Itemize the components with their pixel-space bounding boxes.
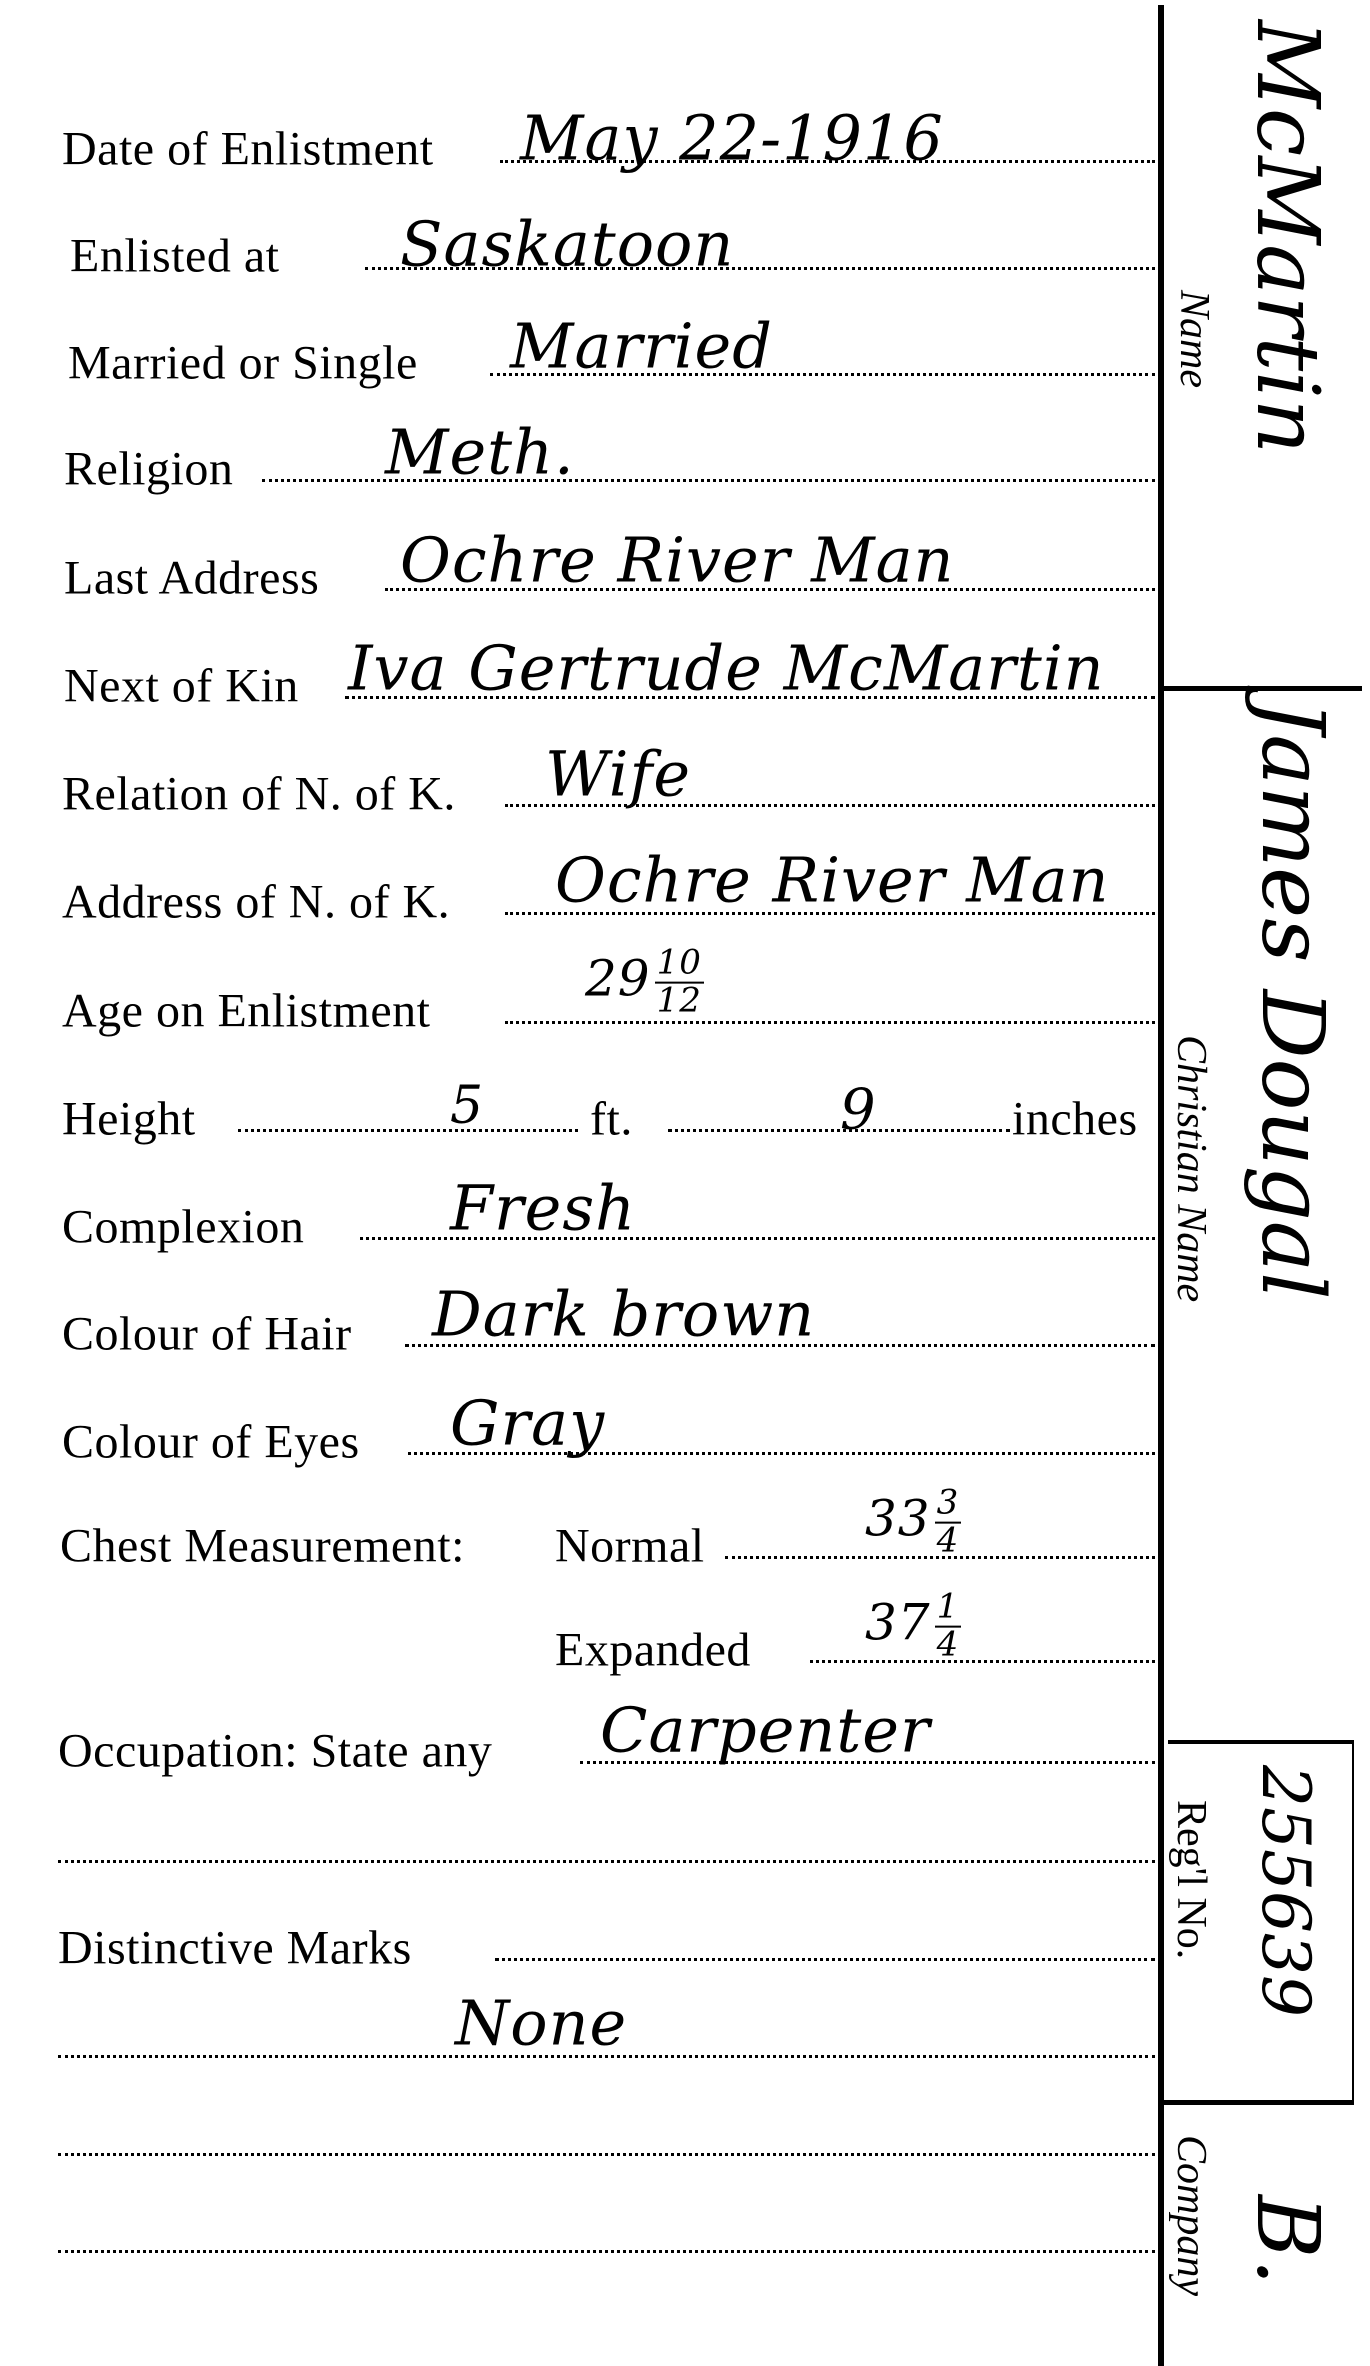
age-on-enlistment-line (505, 1021, 1155, 1024)
chest-normal-whole: 33 (865, 1489, 931, 1547)
chest-expanded-label: Expanded (555, 1627, 751, 1675)
height-label: Height (62, 1096, 196, 1144)
distinctive-marks-value[interactable]: None (455, 1992, 627, 2054)
occupation-label: Occupation: State any (58, 1728, 492, 1776)
height-inches-unit: inches (1012, 1096, 1138, 1144)
chest-normal-fraction: 34 (935, 1486, 962, 1559)
name-section-divider (1164, 686, 1362, 691)
relation-of-nok-value[interactable]: Wife (545, 743, 691, 805)
company-value[interactable]: B. (1244, 2195, 1330, 2286)
surname-value[interactable]: McMartin (1244, 20, 1330, 454)
age-on-enlistment-value[interactable]: 291012 (585, 946, 704, 1019)
complexion-label: Complexion (62, 1204, 304, 1252)
name-label: Name (1173, 290, 1215, 388)
religion-label: Religion (64, 446, 233, 494)
chest-expanded-fraction: 14 (935, 1590, 962, 1663)
chest-normal-value[interactable]: 3334 (865, 1486, 961, 1559)
height-feet-value[interactable]: 5 (450, 1080, 484, 1132)
address-of-nok-label: Address of N. of K. (62, 879, 450, 927)
occupation-continuation-line (58, 1860, 1155, 1863)
height-feet-line (238, 1129, 578, 1132)
height-inches-value[interactable]: 9 (840, 1082, 877, 1138)
relation-of-nok-label: Relation of N. of K. (62, 771, 456, 819)
regt-box-bottom (1164, 2100, 1354, 2105)
date-of-enlistment-value[interactable]: May 22-1916 (520, 107, 944, 169)
religion-value[interactable]: Meth. (385, 421, 575, 483)
regt-no-value[interactable]: 255639 (1252, 1765, 1318, 2017)
age-on-enlistment-label: Age on Enlistment (62, 988, 430, 1036)
complexion-value[interactable]: Fresh (450, 1177, 636, 1239)
chest-normal-label: Normal (555, 1523, 705, 1571)
next-of-kin-label: Next of Kin (64, 663, 299, 711)
colour-of-eyes-value[interactable]: Gray (450, 1392, 605, 1454)
chest-measurement-label: Chest Measurement: (60, 1523, 465, 1571)
distinctive-marks-label: Distinctive Marks (58, 1925, 412, 1973)
colour-of-hair-value[interactable]: Dark brown (432, 1283, 815, 1345)
attestation-card: Date of Enlistment May 22-1916 Enlisted … (0, 0, 1370, 2366)
age-years: 29 (585, 949, 651, 1007)
distinctive-marks-line (495, 1958, 1155, 1961)
enlisted-at-label: Enlisted at (70, 233, 279, 281)
married-or-single-label: Married or Single (68, 340, 418, 388)
chest-expanded-line (810, 1660, 1155, 1663)
regt-box-top (1168, 1740, 1354, 1744)
regt-no-label: Reg'l No. (1170, 1800, 1212, 1959)
chest-expanded-whole: 37 (865, 1593, 931, 1651)
next-of-kin-value[interactable]: Iva Gertrude McMartin (348, 637, 1105, 699)
column-divider (1158, 5, 1164, 2366)
date-of-enlistment-label: Date of Enlistment (62, 126, 434, 174)
christian-name-label: Christian Name (1170, 1035, 1212, 1302)
distinctive-marks-line-3 (58, 2153, 1155, 2156)
height-inches-line (668, 1129, 1010, 1132)
colour-of-eyes-label: Colour of Eyes (62, 1419, 360, 1467)
christian-name-value[interactable]: James Dougal (1249, 700, 1335, 1300)
occupation-value[interactable]: Carpenter (600, 1699, 931, 1761)
height-feet-unit: ft. (590, 1096, 633, 1144)
last-address-value[interactable]: Ochre River Man (400, 529, 954, 591)
company-label: Company (1170, 2135, 1212, 2296)
last-address-label: Last Address (64, 555, 319, 603)
colour-of-hair-label: Colour of Hair (62, 1311, 352, 1359)
regt-box-right (1352, 1742, 1354, 2102)
married-or-single-value[interactable]: Married (510, 315, 773, 377)
enlisted-at-value[interactable]: Saskatoon (400, 213, 734, 275)
age-months-fraction: 1012 (655, 946, 704, 1019)
address-of-nok-value[interactable]: Ochre River Man (555, 849, 1109, 911)
chest-expanded-value[interactable]: 3714 (865, 1590, 961, 1663)
distinctive-marks-line-4 (58, 2250, 1155, 2253)
